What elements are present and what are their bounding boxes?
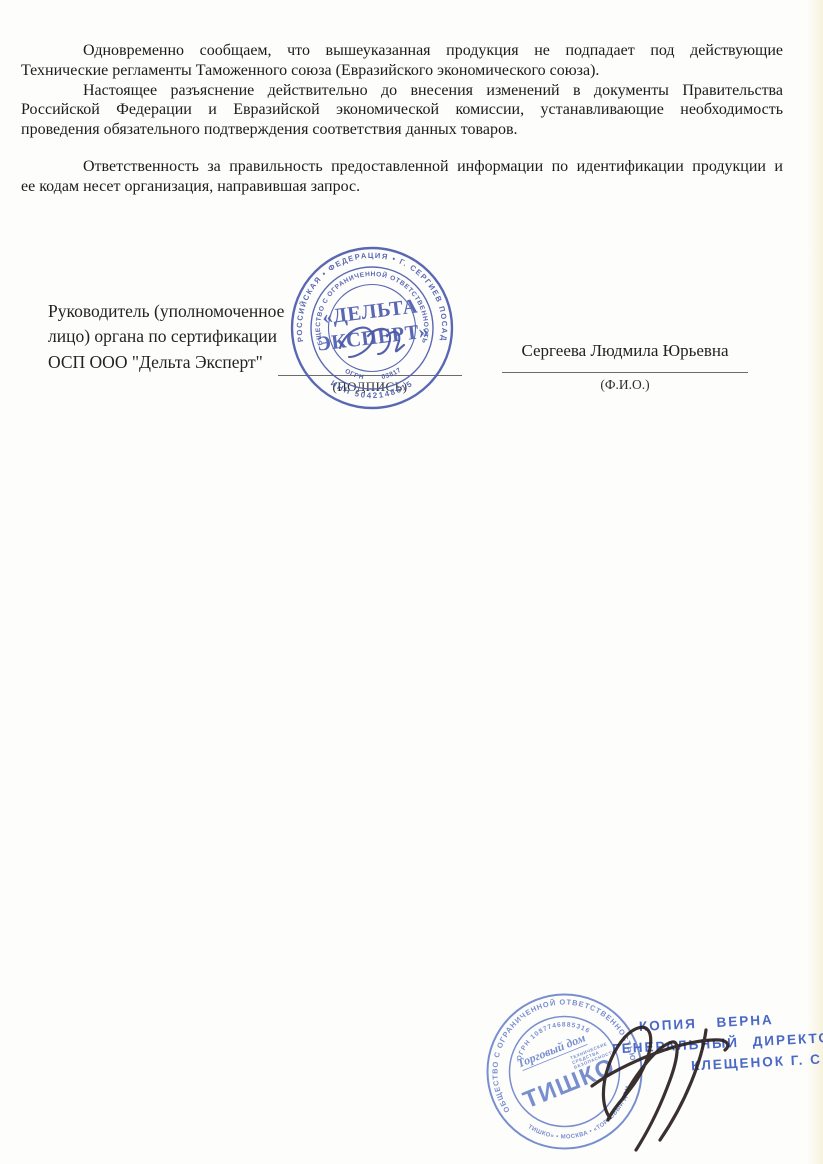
fio-line xyxy=(502,372,748,373)
fio-caption: (Ф.И.О.) xyxy=(502,377,748,393)
paragraph-line: Одновременно сообщаем, что вышеуказанная… xyxy=(21,41,783,61)
scanned-letter-page: { "document": { "paragraphs": { "p1": { … xyxy=(0,0,823,1164)
paragraph-line: Российской Федерации и Евразийской эконо… xyxy=(21,100,783,120)
paragraph-line: Настоящее разъяснение действительно до в… xyxy=(21,81,783,101)
paragraph-1: Одновременно сообщаем, что вышеуказанная… xyxy=(21,41,783,81)
paragraph-2: Настоящее разъяснение действительно до в… xyxy=(21,81,783,140)
paragraph-line: Технические регламенты Таможенного союза… xyxy=(21,61,783,81)
paragraph-line: Ответственность за правильность предоста… xyxy=(21,157,783,177)
signer-name: Сергеева Людмила Юрьевна xyxy=(502,341,748,361)
scan-edge-tint xyxy=(807,0,823,1164)
paragraph-line: ее кодам несет организация, направившая … xyxy=(21,177,783,197)
letter-body-text: Одновременно сообщаем, что вышеуказанная… xyxy=(21,41,783,197)
director-handwritten-signature xyxy=(562,998,752,1158)
paragraph-3: Ответственность за правильность предоста… xyxy=(21,157,783,197)
delta-expert-seal: РОССИЙСКАЯ • ФЕДЕРАЦИЯ • Г. СЕРГИЕВ ПОСА… xyxy=(288,244,456,412)
paragraph-line: проведения обязательного подтверждения с… xyxy=(21,120,783,140)
seal-ogrn-right: 03817 xyxy=(381,367,403,381)
